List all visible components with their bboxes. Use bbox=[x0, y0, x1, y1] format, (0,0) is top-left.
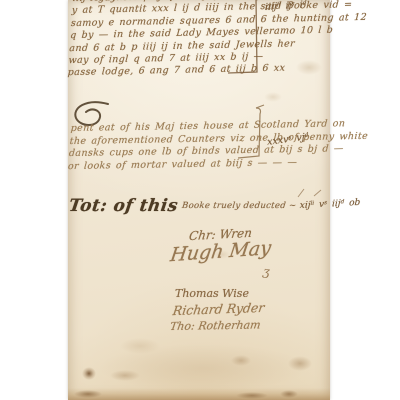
signature-hugh-may: Hugh May bbox=[169, 237, 273, 266]
sum-bracket-1 bbox=[220, 0, 264, 80]
stain-spot bbox=[288, 356, 312, 371]
signature-paraph: ʒ bbox=[262, 264, 271, 279]
stain-spot bbox=[98, 344, 308, 392]
manuscript-page: iiij Agaynste p ij q at iiij ij s iiij y… bbox=[68, 0, 330, 400]
stain-spot bbox=[120, 338, 160, 354]
signature-tho-rotherham: Tho: Rotherham bbox=[169, 318, 261, 333]
stain-spot bbox=[264, 92, 282, 102]
stain-spot bbox=[110, 370, 140, 381]
total-heading: Tot: of this bbox=[68, 196, 180, 216]
total-note: Booke truely deducted ~ bbox=[181, 201, 296, 211]
sum-bracket-2 bbox=[226, 104, 270, 164]
total-sum: xijlivsiijdob bbox=[300, 198, 366, 211]
photo-background: iiij Agaynste p ij q at iiij ij s iiij y… bbox=[0, 0, 400, 400]
signature-richard-ryder: Richard Ryder bbox=[172, 300, 266, 318]
flourish-ticks bbox=[294, 188, 324, 198]
bottom-edge-band bbox=[68, 388, 330, 400]
signature-thomas-wise: Thomas Wise bbox=[175, 287, 249, 300]
stain-spot bbox=[296, 60, 322, 75]
stain-spot bbox=[231, 355, 251, 366]
total-row: Tot: of this Booke truely deducted ~ xij… bbox=[69, 196, 329, 216]
stain-spot bbox=[82, 367, 96, 380]
